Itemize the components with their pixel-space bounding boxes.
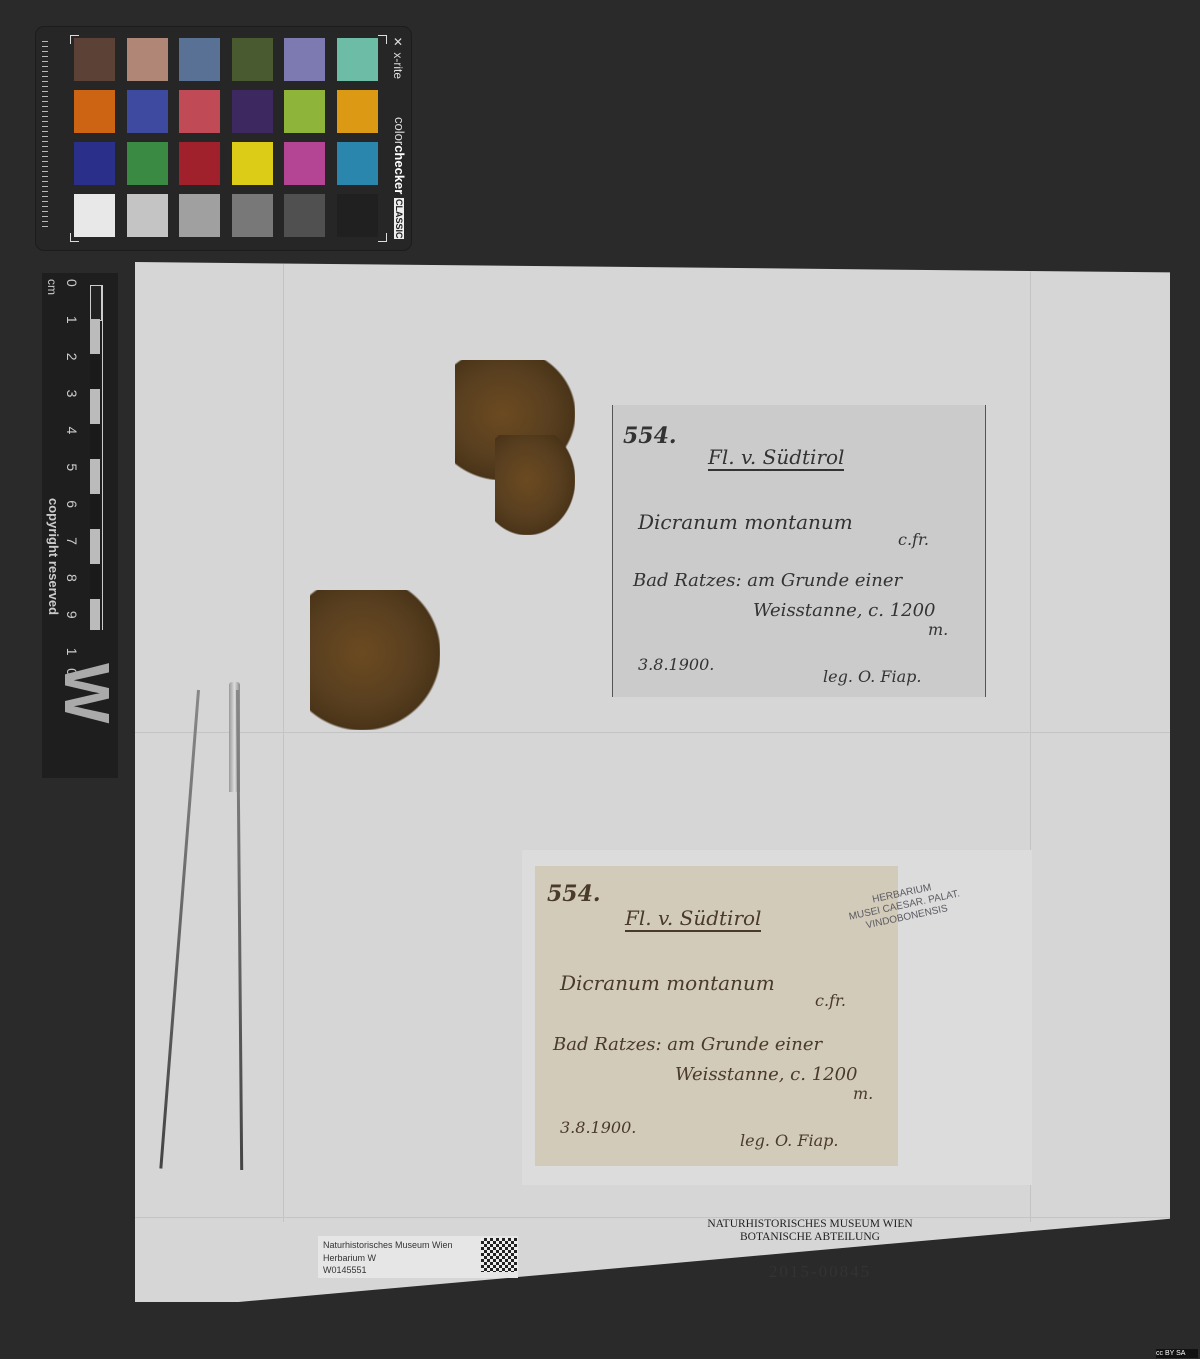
barcode-herbarium: Herbarium W	[323, 1253, 376, 1263]
color-patch	[232, 90, 273, 133]
corner-mark	[378, 233, 387, 242]
color-patch	[284, 194, 325, 237]
fold-line	[135, 1217, 1170, 1218]
color-patch	[127, 38, 168, 81]
label-flora: Fl. v. Südtirol	[708, 445, 844, 471]
corner-mark	[70, 233, 79, 242]
color-patch	[74, 38, 115, 81]
color-patch	[232, 194, 273, 237]
scale-unit: cm	[45, 279, 59, 295]
color-patch	[127, 142, 168, 185]
color-patch	[74, 142, 115, 185]
color-patch	[284, 38, 325, 81]
color-patch	[337, 194, 378, 237]
color-patch	[127, 194, 168, 237]
color-patch	[179, 142, 220, 185]
label-number: 554.	[547, 881, 601, 907]
label-photocopy: 554. Fl. v. Südtirol Dicranum montanum c…	[612, 405, 986, 697]
label-flora: Fl. v. Südtirol	[625, 906, 761, 932]
scale-tick-labels: 0 1 2 3 4 5 6 7 8 9 10	[64, 279, 80, 689]
color-patch	[127, 90, 168, 133]
label-locality: Bad Ratzes: am Grunde einer	[553, 1034, 822, 1055]
label-locality: Weisstanne, c. 1200	[753, 600, 936, 621]
fold-line	[283, 262, 284, 1222]
product-bold: checker	[392, 145, 407, 194]
xrite-logo: ✕ x-rite	[391, 35, 405, 79]
color-patch	[232, 38, 273, 81]
label-locality: Bad Ratzes: am Grunde einer	[633, 570, 902, 591]
cc-license-badge: cc BY SA	[1156, 1349, 1198, 1358]
fold-line	[135, 732, 1170, 733]
label-fruit: c.fr.	[898, 530, 929, 549]
label-collector: leg. O. Fiap.	[823, 667, 921, 686]
corner-mark	[378, 35, 387, 44]
color-patch	[232, 142, 273, 185]
color-patch	[337, 38, 378, 81]
scale-ticks	[102, 285, 113, 630]
w-logo: W	[50, 663, 124, 723]
museum-header: NATURHISTORISCHES MUSEUM WIEN BOTANISCHE…	[690, 1218, 930, 1244]
department-name: BOTANISCHE ABTEILUNG	[690, 1231, 930, 1244]
xrite-icon: ✕	[391, 35, 405, 52]
copyright-text: copyright reserved	[46, 498, 61, 615]
color-patch	[284, 90, 325, 133]
barcode-institution: Naturhistorisches Museum Wien	[323, 1240, 453, 1250]
label-date: 3.8.1900.	[638, 655, 714, 674]
product-name: colorchecker CLASSIC	[392, 117, 407, 239]
color-checker-card: ✕ x-rite colorchecker CLASSIC	[36, 27, 411, 250]
museum-name: NATURHISTORISCHES MUSEUM WIEN	[690, 1218, 930, 1231]
color-patch	[179, 194, 220, 237]
label-fruit: c.fr.	[815, 991, 846, 1010]
label-unit: m.	[928, 620, 948, 639]
specimen-id: W0145551	[323, 1265, 367, 1275]
color-patch	[74, 194, 115, 237]
label-unit: m.	[853, 1084, 873, 1103]
scale-bar: cm 0 1 2 3 4 5 6 7 8 9 10 copyright rese…	[42, 273, 118, 778]
label-original: 554. Fl. v. Südtirol Dicranum montanum c…	[535, 866, 898, 1166]
color-patch	[74, 90, 115, 133]
color-patch	[179, 90, 220, 133]
label-date: 3.8.1900.	[560, 1118, 636, 1137]
moss-specimen	[310, 590, 440, 730]
color-patch	[337, 142, 378, 185]
scale-checker-bar	[90, 285, 100, 630]
mm-ruler	[42, 41, 48, 231]
color-patch	[337, 90, 378, 133]
moss-specimen	[495, 435, 575, 535]
label-collector: leg. O. Fiap.	[740, 1131, 838, 1150]
corner-mark	[70, 35, 79, 44]
label-locality: Weisstanne, c. 1200	[675, 1064, 858, 1085]
label-species: Dicranum montanum	[560, 971, 775, 995]
product-prefix: color	[392, 117, 407, 145]
brand-text: x-rite	[391, 52, 405, 79]
color-patch	[179, 38, 220, 81]
accession-number: 2015-00845	[700, 1262, 940, 1282]
edition-badge: CLASSIC	[394, 198, 404, 240]
qr-code-icon	[481, 1238, 517, 1272]
label-species: Dicranum montanum	[638, 510, 853, 534]
color-patch	[284, 142, 325, 185]
label-number: 554.	[623, 423, 677, 449]
